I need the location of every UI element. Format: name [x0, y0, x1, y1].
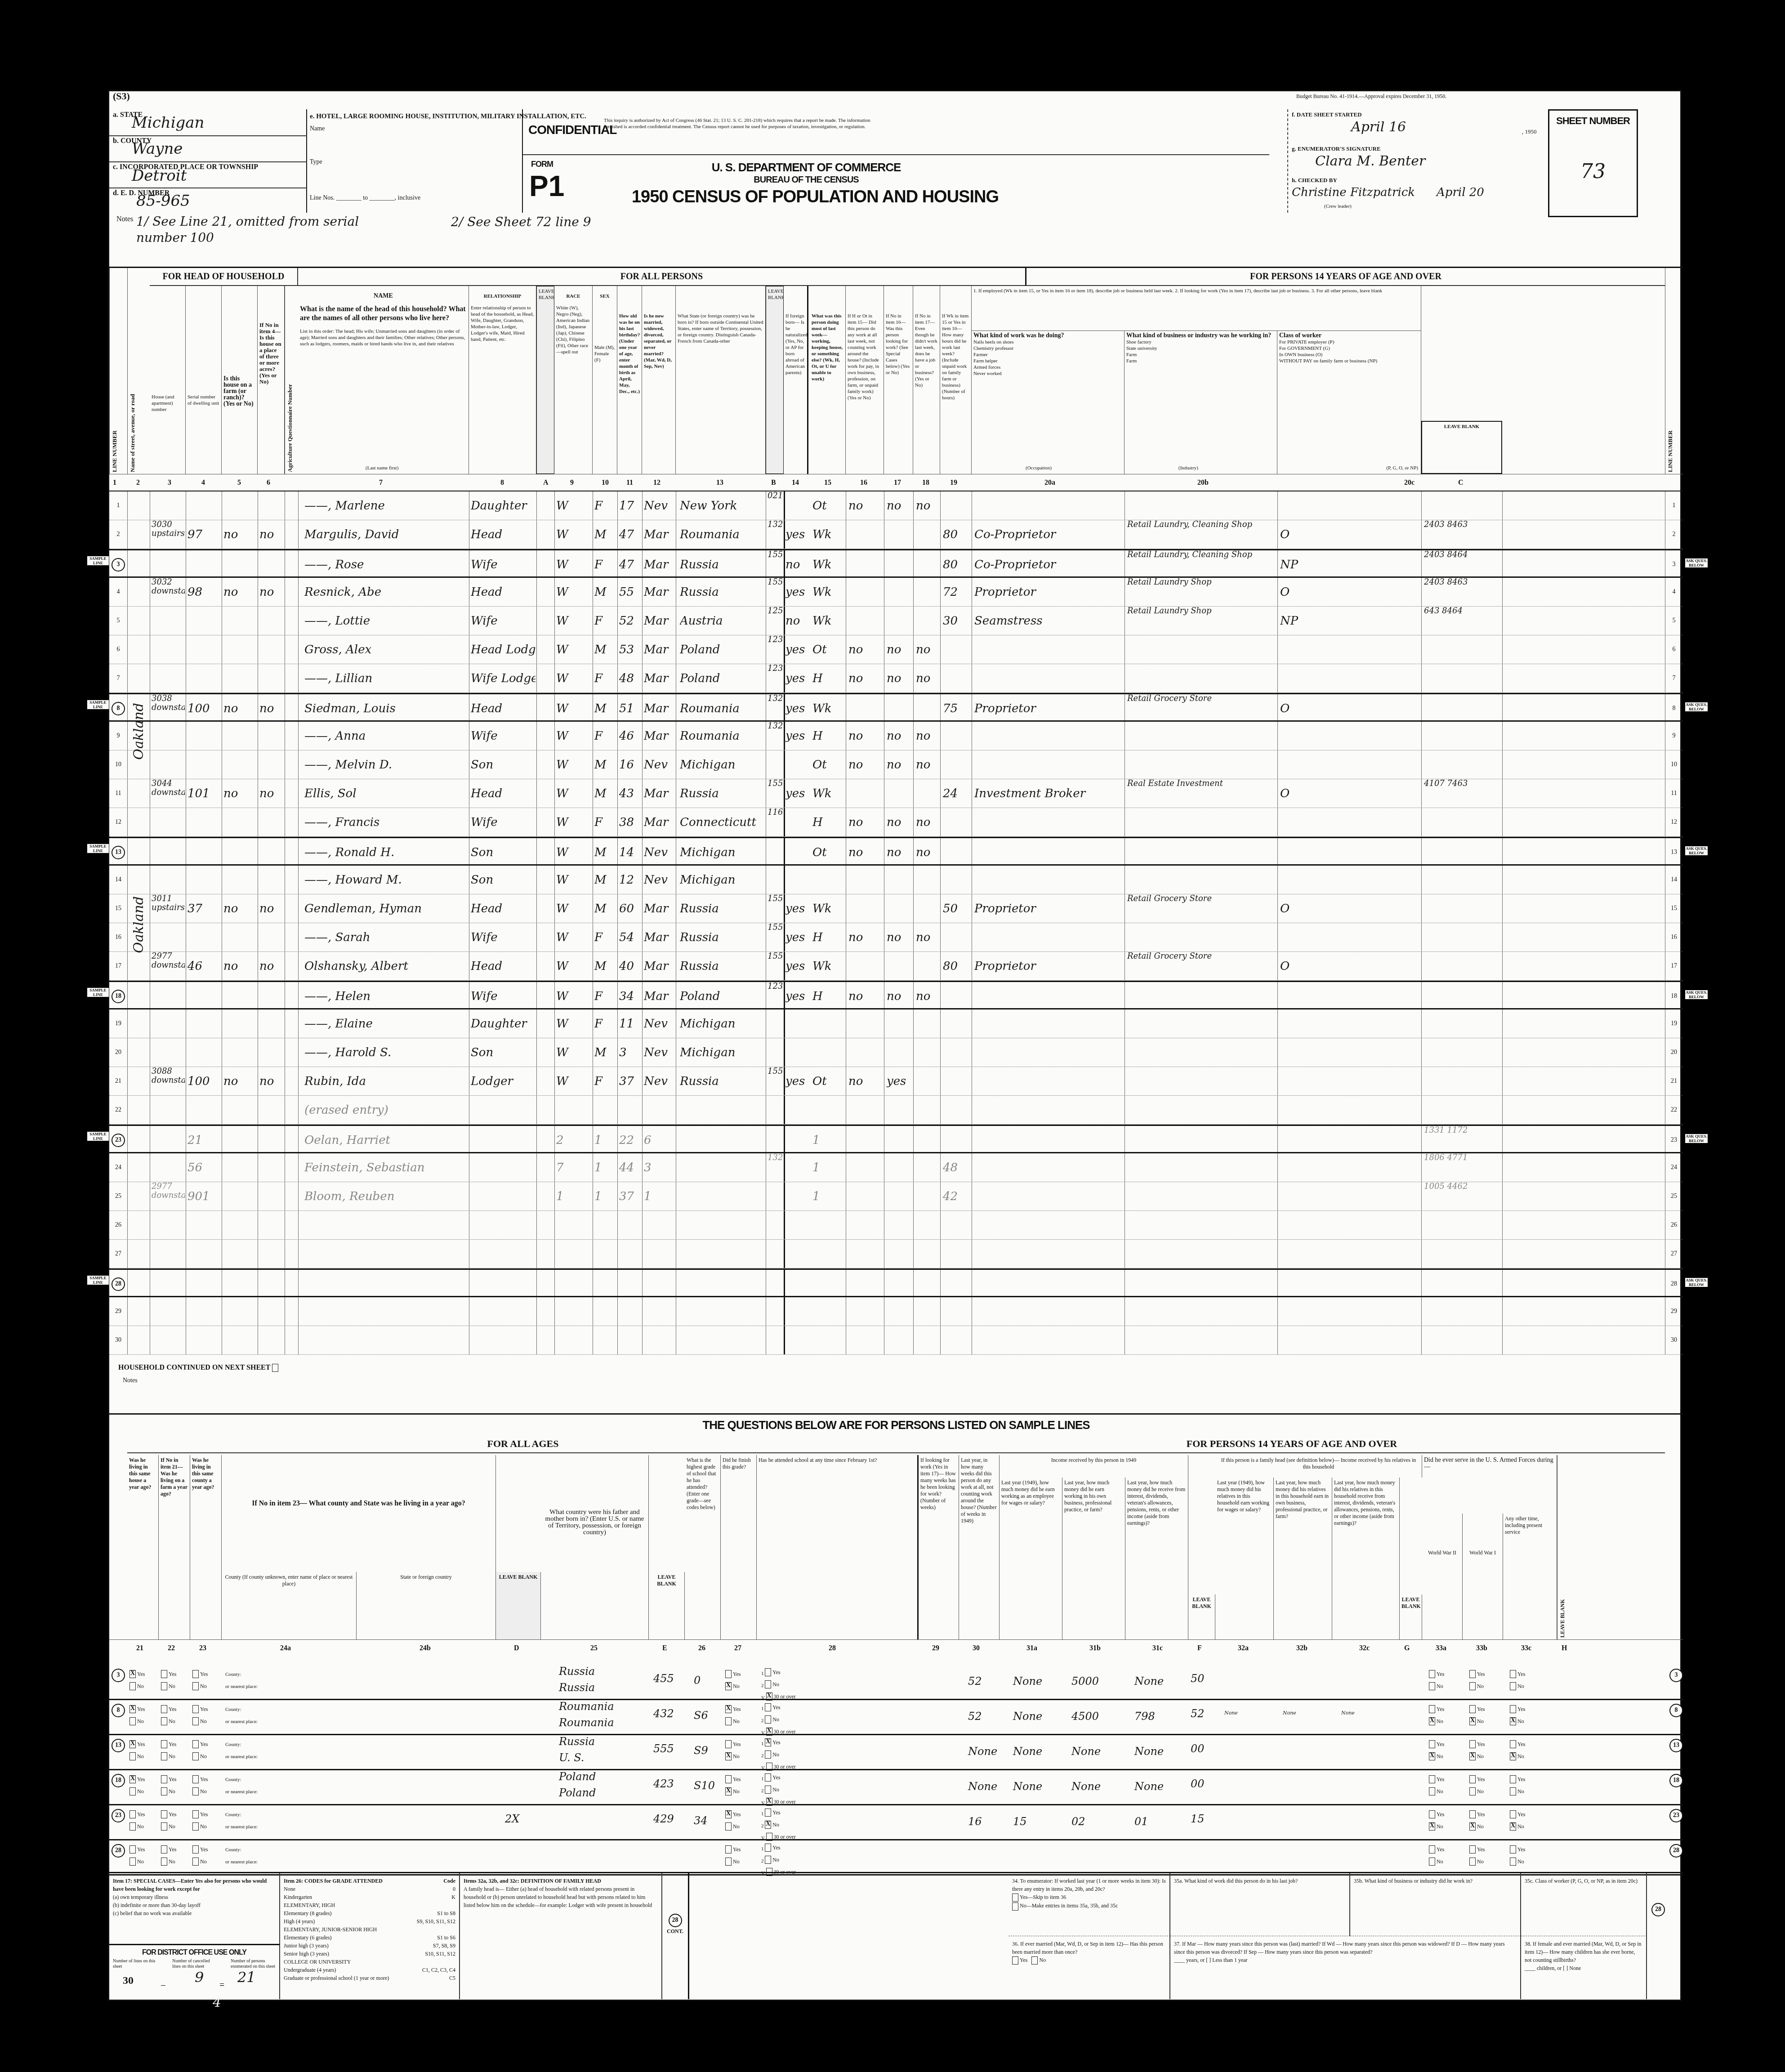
q22-checkbox-yes-box[interactable]: [161, 1705, 167, 1713]
q23-checkbox-yes-box[interactable]: [192, 1740, 199, 1748]
hdr-race: RACE White (W), Negro (Neg), American In…: [554, 286, 593, 474]
colnum: 4: [201, 479, 205, 487]
hdr-leave-blank-b: LEAVE BLANK: [766, 286, 784, 474]
cell-acres: [259, 923, 284, 952]
hdr-q32b: Last year, how much money did his relati…: [1274, 1478, 1332, 1639]
cell-class: [1280, 635, 1304, 664]
cell-relationship: Son: [471, 750, 535, 779]
q23-checkbox-no-box[interactable]: [192, 1787, 199, 1795]
other-service-checkbox-yes-box[interactable]: [1510, 1810, 1516, 1818]
finished-checkbox-yes-box[interactable]: [725, 1740, 732, 1748]
cell-code-c: [1424, 694, 1502, 723]
cont-label: CONT.: [666, 1927, 684, 1935]
ww1-checkbox-no-box[interactable]: X: [1469, 1717, 1476, 1725]
q21-checkbox-yes-box[interactable]: X: [129, 1740, 136, 1748]
finished-checkbox-no-box[interactable]: X: [725, 1787, 732, 1795]
cell-serial: [187, 607, 221, 635]
other-service-checkbox-yes-box[interactable]: [1510, 1705, 1516, 1713]
sample-line-circle: 28: [112, 1844, 125, 1858]
ww2-checkbox: YesNo: [1429, 1668, 1444, 1692]
ww2-checkbox-yes-box[interactable]: [1429, 1670, 1435, 1678]
finished-checkbox: YesXNo: [725, 1773, 741, 1797]
ww2-checkbox-no-box[interactable]: X: [1429, 1717, 1435, 1725]
q23-checkbox-no-box[interactable]: [192, 1822, 199, 1831]
cell-any-work: [848, 578, 883, 607]
ww2-checkbox-yes-box[interactable]: [1429, 1845, 1435, 1853]
cell-activity: [812, 1270, 845, 1299]
ww2-checkbox-no-box[interactable]: X: [1429, 1822, 1435, 1831]
line-number: 1: [109, 491, 127, 520]
cell-naturalized: yes: [785, 520, 808, 549]
finished-checkbox-yes-box[interactable]: X: [725, 1810, 732, 1818]
code-e: 555: [653, 1742, 674, 1755]
cell-code-b: [768, 1182, 783, 1211]
q34-yes-checkbox[interactable]: [1012, 1893, 1018, 1902]
finished-checkbox-no-box[interactable]: [725, 1858, 732, 1866]
cell-farm: no: [223, 952, 257, 981]
hdr-q31a: Last year (1949), how much money did he …: [1000, 1478, 1062, 1639]
cell-any-work: no: [848, 491, 883, 520]
cell-farm: [223, 664, 257, 693]
q22-checkbox-yes-box[interactable]: [161, 1670, 167, 1678]
cell-code-b: [768, 838, 783, 867]
ww2-checkbox-yes-box[interactable]: [1429, 1740, 1435, 1748]
cell-code-c: [1424, 1211, 1502, 1240]
cell-code-b: [768, 1240, 783, 1268]
q21-checkbox-no-box[interactable]: [129, 1717, 136, 1725]
q21-checkbox-yes-box[interactable]: X: [129, 1670, 136, 1678]
cell-hours: 72: [943, 578, 971, 607]
cell-farm: [223, 838, 257, 867]
other-service-checkbox-yes-box[interactable]: [1510, 1740, 1516, 1748]
grade-code-label: Undergraduate (4 years): [284, 1966, 336, 1974]
finished-checkbox-no-box[interactable]: X: [725, 1682, 732, 1690]
county-field: County:or nearest place:: [225, 1667, 258, 1691]
ww1-checkbox: YesXNo: [1469, 1808, 1485, 1832]
ww1-checkbox-no-box[interactable]: X: [1469, 1822, 1476, 1831]
county-field: County:or nearest place:: [225, 1807, 258, 1831]
cell-birthplace: Michigan: [680, 866, 765, 894]
cell-house: [152, 1326, 185, 1355]
ww2-checkbox-no-box[interactable]: [1429, 1787, 1435, 1795]
ww1-checkbox-yes-box[interactable]: [1469, 1775, 1476, 1783]
q21-checkbox-no-box[interactable]: [129, 1858, 136, 1866]
q23-checkbox-yes-box[interactable]: [192, 1705, 199, 1713]
cell-looking: [887, 1038, 912, 1067]
other-service-checkbox-no-box[interactable]: [1510, 1858, 1516, 1866]
cell-naturalized: [785, 838, 808, 867]
finished-checkbox-no-box[interactable]: X: [725, 1752, 732, 1760]
q21-checkbox-no-box[interactable]: [129, 1752, 136, 1760]
q23-checkbox-yes-box[interactable]: [192, 1670, 199, 1678]
cell-relationship: [471, 1182, 535, 1211]
ed-value: 85-965: [136, 192, 190, 210]
cell-code-c: [1424, 491, 1502, 520]
finished-checkbox-yes-box[interactable]: [725, 1670, 732, 1678]
cell-code-b: [768, 1297, 783, 1326]
q38-box: 38. If female and ever married (Mar, Wd,…: [1521, 1936, 1647, 1999]
finished-checkbox-yes-box[interactable]: X: [725, 1705, 732, 1713]
cell-class: [1280, 1096, 1304, 1125]
q21-checkbox-no-box[interactable]: [129, 1787, 136, 1795]
cell-house: [152, 1211, 185, 1240]
ww1-checkbox-no-box[interactable]: [1469, 1682, 1476, 1690]
q22-checkbox-yes-box[interactable]: [161, 1775, 167, 1783]
cell-serial: [187, 722, 221, 750]
cell-class: [1280, 838, 1304, 867]
cell-race: [556, 1096, 592, 1125]
mother-birthplace: Roumania: [559, 1716, 614, 1729]
cell-sex: F: [594, 923, 616, 952]
cell-serial: [187, 923, 221, 952]
cell-code-b: [768, 1326, 783, 1355]
ww2-checkbox-no-box[interactable]: X: [1429, 1752, 1435, 1760]
cell-age: 48: [619, 664, 641, 693]
wages-1949: 15: [1013, 1815, 1027, 1828]
cell-has-job: no: [916, 722, 939, 750]
finished-checkbox-no-box[interactable]: [725, 1717, 732, 1725]
cell-any-work: no: [848, 750, 883, 779]
lines-label: Number of lines on this sheet: [113, 1959, 158, 1969]
cell-naturalized: no: [785, 550, 808, 579]
cell-house: [152, 808, 185, 837]
cell-activity: [812, 866, 845, 894]
county-field: County:or nearest place:: [225, 1772, 258, 1796]
q22-checkbox-no-box[interactable]: [161, 1858, 167, 1866]
cell-marital: Nev: [644, 866, 675, 894]
q21-checkbox-yes-box[interactable]: [129, 1810, 136, 1818]
cell-race: W: [556, 1009, 592, 1038]
cell-acres: no: [259, 952, 284, 981]
code-f: 15: [1191, 1813, 1205, 1825]
cell-looking: [887, 866, 912, 894]
cell-farm: [223, 1240, 257, 1268]
q22-checkbox-yes-box[interactable]: [161, 1810, 167, 1818]
cell-hours: 80: [943, 520, 971, 549]
cell-naturalized: yes: [785, 722, 808, 750]
sample-line-circle: 3: [112, 1669, 125, 1682]
q22-checkbox-yes-box[interactable]: [161, 1740, 167, 1748]
cell-any-work: [848, 694, 883, 723]
cell-serial: 101: [187, 779, 221, 808]
cell-sex: M: [594, 578, 616, 607]
ww1-checkbox-no-box[interactable]: [1469, 1858, 1476, 1866]
cell-industry: [1127, 982, 1276, 1011]
ww2-checkbox-yes-box[interactable]: [1429, 1810, 1435, 1818]
hdr-occupation-ex-5: Never worked: [973, 371, 1122, 377]
sample-line-circle: 18: [112, 1774, 125, 1787]
q36-box: 36. If ever married (Mar, Wd, D, or Sep …: [1009, 1936, 1170, 1999]
cell-code-c: [1424, 1240, 1502, 1268]
other-service-checkbox-no-box[interactable]: [1510, 1682, 1516, 1690]
line-number-right: 30: [1665, 1326, 1683, 1355]
grade: S6: [694, 1709, 708, 1722]
ww2-checkbox-yes-box[interactable]: [1429, 1775, 1435, 1783]
finished-checkbox-yes-box[interactable]: [725, 1775, 732, 1783]
cell-farm: [223, 550, 257, 579]
cell-marital: 1: [644, 1182, 675, 1211]
cell-industry: [1127, 750, 1276, 779]
cell-serial: [187, 750, 221, 779]
cell-code-c: [1424, 808, 1502, 837]
cell-hours: 24: [943, 779, 971, 808]
line-number-right: 8: [1665, 694, 1683, 723]
cell-has-job: [916, 866, 939, 894]
cell-industry: Retail Laundry, Cleaning Shop: [1127, 520, 1276, 549]
q21-checkbox-no-box[interactable]: [129, 1682, 136, 1690]
cell-house: [152, 491, 185, 520]
ww1-checkbox-yes-box[interactable]: [1469, 1740, 1476, 1748]
institution-type-label: Type: [310, 159, 322, 166]
household-continued-checkbox[interactable]: [272, 1364, 278, 1372]
q36-yes-checkbox[interactable]: [1012, 1956, 1018, 1965]
q23-checkbox-no-box[interactable]: [192, 1752, 199, 1760]
cell-naturalized: [785, 808, 808, 837]
cell-code-c: [1424, 750, 1502, 779]
relatives-wages: None: [1224, 1710, 1238, 1716]
q23-checkbox-no-box[interactable]: [192, 1682, 199, 1690]
notes-label: Notes: [116, 215, 133, 223]
cell-birthplace: [680, 1126, 765, 1155]
other-service-checkbox: YesXNo: [1510, 1808, 1525, 1832]
sample-line-circle: 23: [112, 1134, 125, 1147]
finished-checkbox-yes-box[interactable]: [725, 1845, 732, 1853]
cont-box: 28 CONT.: [662, 1873, 689, 1999]
ask-questions-tag: ASK QUES. BELOW: [1685, 846, 1708, 855]
other-service-checkbox-no-box[interactable]: [1510, 1787, 1516, 1795]
other-service-checkbox-yes-box[interactable]: [1510, 1670, 1516, 1678]
q21-checkbox-no-box[interactable]: [129, 1822, 136, 1831]
cell-race: W: [556, 578, 592, 607]
cancelled-value: 9: [195, 1973, 204, 1981]
cell-has-job: no: [916, 808, 939, 837]
hdr-house-number: House (and apartment) number: [150, 286, 186, 474]
grade-code-value: K: [451, 1893, 455, 1901]
cell-serial: 46: [187, 952, 221, 981]
q21-checkbox-yes-box[interactable]: X: [129, 1775, 136, 1783]
sample-colnum: 24b: [419, 1644, 431, 1652]
other-service-checkbox: YesNo: [1510, 1843, 1525, 1867]
other-service-checkbox-no-box[interactable]: X: [1510, 1752, 1516, 1760]
colnum: 1: [113, 479, 116, 487]
cell-code-c: [1424, 722, 1502, 750]
q23-checkbox-no-box[interactable]: [192, 1717, 199, 1725]
cell-sex: M: [594, 779, 616, 808]
cell-industry: [1127, 1211, 1276, 1240]
cell-relationship: Wife: [471, 722, 535, 750]
notes-area: Notes 1/ See Line 21, omitted from seria…: [109, 213, 1683, 267]
cell-code-b: [768, 1126, 783, 1155]
cell-class: [1280, 1182, 1304, 1211]
ww1-checkbox: YesNo: [1469, 1773, 1485, 1797]
institution-lines-label: Line Nos. ________ to ________, inclusiv…: [310, 195, 420, 202]
grade-code-value: S7, S8, S9: [433, 1942, 455, 1950]
cell-activity: H: [812, 808, 845, 837]
hdr-income: Income received by this person in 1949: [1000, 1455, 1188, 1478]
colnum: 12: [653, 479, 660, 487]
cell-birthplace: Poland: [680, 635, 765, 664]
cell-race: [556, 1240, 592, 1268]
q23-checkbox-yes-box[interactable]: [192, 1810, 199, 1818]
cell-marital: Mar: [644, 894, 675, 923]
grade-code-label: Elementary (6 grades): [284, 1934, 332, 1942]
sample-row: 33XYesNoYesNoYesNoCounty:or nearest plac…: [109, 1665, 1683, 1700]
person-row: SAMPLE LINEASK QUES. BELOW2828: [109, 1268, 1683, 1297]
other-service-checkbox-yes-box[interactable]: [1510, 1775, 1516, 1783]
cell-hours: [943, 664, 971, 693]
line-number: 29: [109, 1297, 127, 1326]
cell-has-job: [916, 1153, 939, 1182]
wages-1949: None: [1013, 1710, 1042, 1723]
mother-birthplace: Russia: [559, 1681, 595, 1694]
cell-class: [1280, 491, 1304, 520]
cell-birthplace: Russia: [680, 952, 765, 981]
other-service-checkbox-no-box[interactable]: X: [1510, 1717, 1516, 1725]
sample-colnum: 28: [829, 1644, 836, 1652]
sample-line-circle: 28: [112, 1277, 125, 1291]
cell-marital: Mar: [644, 664, 675, 693]
cell-occupation: [974, 1182, 1124, 1211]
hdr-ag-questionnaire: Agriculture Questionnaire Number: [285, 286, 298, 474]
person-row: 25252977 downstairs901Bloom, Reuben11371…: [109, 1182, 1683, 1211]
enumerator-label: g. ENUMERATOR'S SIGNATURE: [1292, 145, 1381, 152]
q22-checkbox-no-box[interactable]: [161, 1822, 167, 1831]
colnum: A: [543, 479, 549, 487]
ww1-checkbox-no-box[interactable]: X: [1469, 1752, 1476, 1760]
cell-looking: [887, 952, 912, 981]
cell-relationship: [471, 1126, 535, 1155]
q21-checkbox: YesNo: [129, 1843, 145, 1867]
grade-codes-title: Item 26: CODES for GRADE ATTENDED Code: [284, 1877, 455, 1885]
cell-industry: [1127, 808, 1276, 837]
cell-relationship: Head: [471, 952, 535, 981]
cell-code-b: 132: [768, 694, 783, 723]
attended-checkbox: 1 Yes2 NoV X30 or over: [761, 1771, 796, 1808]
cell-age: 60: [619, 894, 641, 923]
cell-naturalized: [785, 1182, 808, 1211]
cell-has-job: [916, 952, 939, 981]
sample-line-tag: SAMPLE LINE: [87, 844, 109, 853]
finished-checkbox: XYesNo: [725, 1808, 741, 1832]
line-number-right: 5: [1665, 607, 1683, 635]
cell-acres: no: [259, 1067, 284, 1096]
line-number-right: 24: [1665, 1153, 1683, 1182]
cell-occupation: [974, 1067, 1124, 1096]
q21-checkbox-yes-box[interactable]: [129, 1845, 136, 1853]
cell-relationship: Daughter: [471, 1009, 535, 1038]
ww1-checkbox-yes-box[interactable]: [1469, 1810, 1476, 1818]
sample-colnum: G: [1404, 1644, 1410, 1652]
cell-house: [152, 1153, 185, 1182]
cell-class: [1280, 664, 1304, 693]
cell-code-b: [768, 1096, 783, 1125]
q22-checkbox: YesNo: [161, 1808, 176, 1832]
cell-acres: [259, 635, 284, 664]
business-income-1949: 02: [1071, 1815, 1085, 1828]
ww2-checkbox-no-box[interactable]: [1429, 1858, 1435, 1866]
cell-serial: [187, 1096, 221, 1125]
cell-class: O: [1280, 952, 1304, 981]
cell-occupation: Proprietor: [974, 894, 1124, 923]
ww1-checkbox-yes-box[interactable]: [1469, 1670, 1476, 1678]
cell-any-work: no: [848, 1067, 883, 1096]
ww1-checkbox-yes-box[interactable]: [1469, 1845, 1476, 1853]
cell-race: 7: [556, 1153, 592, 1182]
q34-no-checkbox[interactable]: [1012, 1902, 1018, 1911]
cell-class: NP: [1280, 607, 1304, 635]
grade-code-value: S10, S11, S12: [425, 1950, 455, 1958]
sample-colnum: 32c: [1359, 1644, 1370, 1652]
other-service-checkbox-no-box[interactable]: X: [1510, 1822, 1516, 1831]
q22-checkbox-no-box[interactable]: [161, 1682, 167, 1690]
cell-class: O: [1280, 578, 1304, 607]
cell-class: O: [1280, 779, 1304, 808]
q34-yes-label: Yes—Skip to item 36: [1020, 1894, 1066, 1900]
q22-checkbox-no-box[interactable]: [161, 1752, 167, 1760]
finished-checkbox-no-box[interactable]: [725, 1822, 732, 1831]
hdr-name-question: What is the name of the head of this hou…: [300, 305, 467, 323]
cell-name: (erased entry): [304, 1096, 468, 1125]
q23-checkbox: YesNo: [192, 1773, 208, 1797]
cell-looking: [887, 1270, 912, 1299]
q22-checkbox-no-box[interactable]: [161, 1717, 167, 1725]
cell-has-job: no: [916, 635, 939, 664]
geography-box: a. STATE Michigan b. COUNTY Wayne c. INC…: [109, 109, 307, 213]
grade-code-value: C5: [449, 1974, 455, 1982]
q22-checkbox-no-box[interactable]: [161, 1787, 167, 1795]
cell-industry: [1127, 1182, 1276, 1211]
cell-name: Rubin, Ida: [304, 1067, 468, 1096]
ww1-checkbox-no-box[interactable]: [1469, 1787, 1476, 1795]
cell-birthplace: Connecticutt: [680, 808, 765, 837]
cell-sex: M: [594, 520, 616, 549]
cell-acres: [259, 1297, 284, 1326]
q23-checkbox-yes-box[interactable]: [192, 1845, 199, 1853]
ww2-checkbox-no-box[interactable]: [1429, 1682, 1435, 1690]
crew-leader-label: (Crew leader): [1324, 204, 1352, 209]
person-row: SAMPLE LINEASK QUES. BELOW232321Oelan, H…: [109, 1125, 1683, 1153]
ww2-checkbox-yes-box[interactable]: [1429, 1705, 1435, 1713]
cell-looking: [887, 578, 912, 607]
cell-farm: no: [223, 520, 257, 549]
cell-naturalized: [785, 1126, 808, 1155]
cell-industry: [1127, 838, 1276, 867]
q23-checkbox-yes-box[interactable]: [192, 1775, 199, 1783]
q36-no-checkbox[interactable]: [1031, 1956, 1038, 1965]
ww2-checkbox: YesXNo: [1429, 1738, 1444, 1762]
cell-race: W: [556, 952, 592, 981]
cell-activity: [812, 1009, 845, 1038]
hdr-any-work: If H or Ot in item 15— Did this person d…: [846, 286, 884, 474]
cell-looking: [887, 1182, 912, 1211]
q21-checkbox-yes-box[interactable]: X: [129, 1705, 136, 1713]
q22-checkbox: YesNo: [161, 1738, 176, 1762]
line-number: 14: [109, 866, 127, 894]
person-row: 1616——, SarahWifeWF54MarRussia155yesHnon…: [109, 923, 1683, 952]
wages-1949: None: [1013, 1745, 1042, 1758]
business-income-1949: None: [1071, 1780, 1101, 1793]
q23-checkbox-no-box[interactable]: [192, 1858, 199, 1866]
cell-hours: [943, 808, 971, 837]
cell-farm: [223, 1153, 257, 1182]
sample-row: 2323YesNoYesNoYesNoCounty:or nearest pla…: [109, 1805, 1683, 1840]
other-service-checkbox-yes-box[interactable]: [1510, 1845, 1516, 1853]
q22-checkbox-yes-box[interactable]: [161, 1845, 167, 1853]
ww1-checkbox-yes-box[interactable]: [1469, 1705, 1476, 1713]
cell-activity: Ot: [812, 635, 845, 664]
line-number: 21: [109, 1067, 127, 1096]
sheet-number-label: SHEET NUMBER: [1549, 115, 1637, 127]
